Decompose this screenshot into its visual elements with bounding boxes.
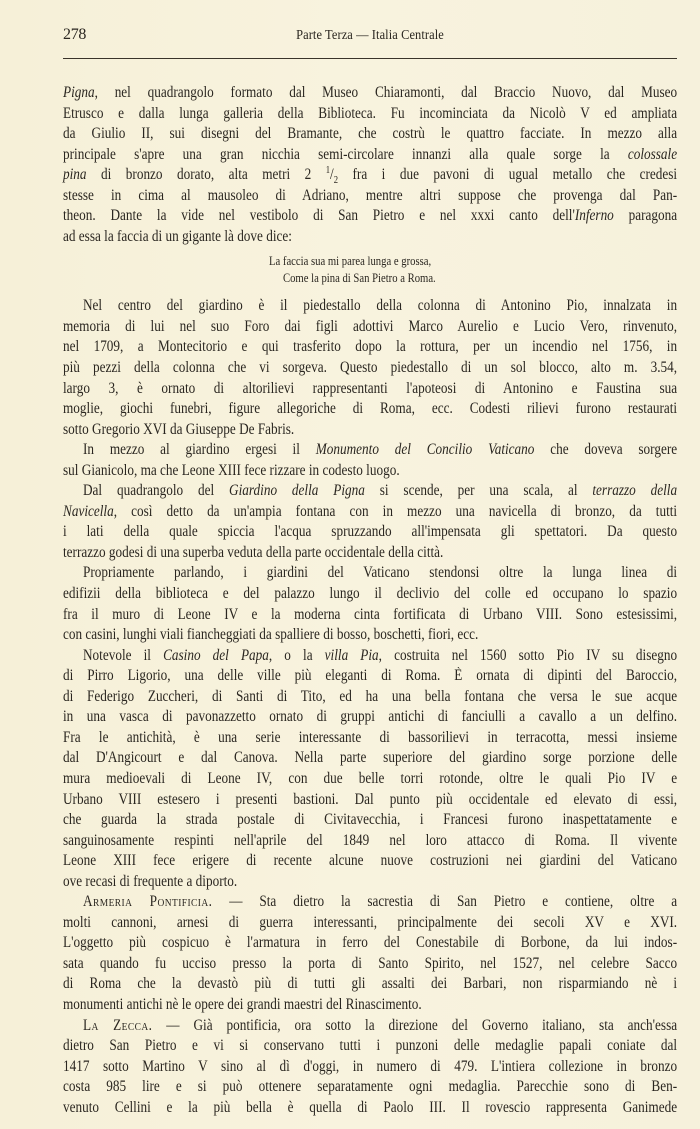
italic-term: villa Pia <box>325 647 379 664</box>
paragraph-piedestallo: Nel centro del giardino è il piedestallo… <box>63 296 677 440</box>
italic-term: Inferno <box>575 207 614 224</box>
italic-term: colossale <box>628 146 677 163</box>
paragraph-la-zecca: La Zecca. — Già pontificia, ora sotto la… <box>63 1016 677 1119</box>
italic-term: Giardino della Pigna <box>229 482 365 499</box>
italic-term: Navicella <box>63 503 114 520</box>
running-title: Parte Terza — Italia Centrale <box>88 27 653 43</box>
italic-term: Pigna <box>63 84 95 101</box>
italic-term: terrazzo della <box>592 482 677 499</box>
fraction: 1 <box>326 165 330 176</box>
paragraph-navicella: Dal quadrangolo del Giardino della Pigna… <box>63 481 677 563</box>
page-number: 278 <box>63 26 86 44</box>
verse-quote: La faccia sua mi parea lunga e grossa, C… <box>63 253 677 287</box>
italic-term: pina <box>63 166 87 183</box>
italic-term: Casino del Papa <box>163 647 269 664</box>
section-heading: Armeria Pontificia. <box>83 893 212 910</box>
paragraph-armeria-pontificia: Armeria Pontificia. — Sta dietro la sacr… <box>63 892 677 1015</box>
paragraph-pigna: Pigna, nel quadrangolo formato dal Museo… <box>63 83 677 247</box>
paragraph-monumento: In mezzo al giardino ergesi il Monumento… <box>63 440 677 481</box>
page-header: 278 Parte Terza — Italia Centrale <box>63 26 677 50</box>
page-body: Pigna, nel quadrangolo formato dal Museo… <box>63 83 677 1118</box>
paragraph-giardini: Propriamente parlando, i giardini del Va… <box>63 563 677 645</box>
header-rule <box>63 58 677 59</box>
italic-term: Monumento del Concilio Vaticano <box>316 441 535 458</box>
paragraph-casino-del-papa: Notevole il Casino del Papa, o la villa … <box>63 646 677 893</box>
section-heading: La Zecca. <box>83 1017 152 1034</box>
